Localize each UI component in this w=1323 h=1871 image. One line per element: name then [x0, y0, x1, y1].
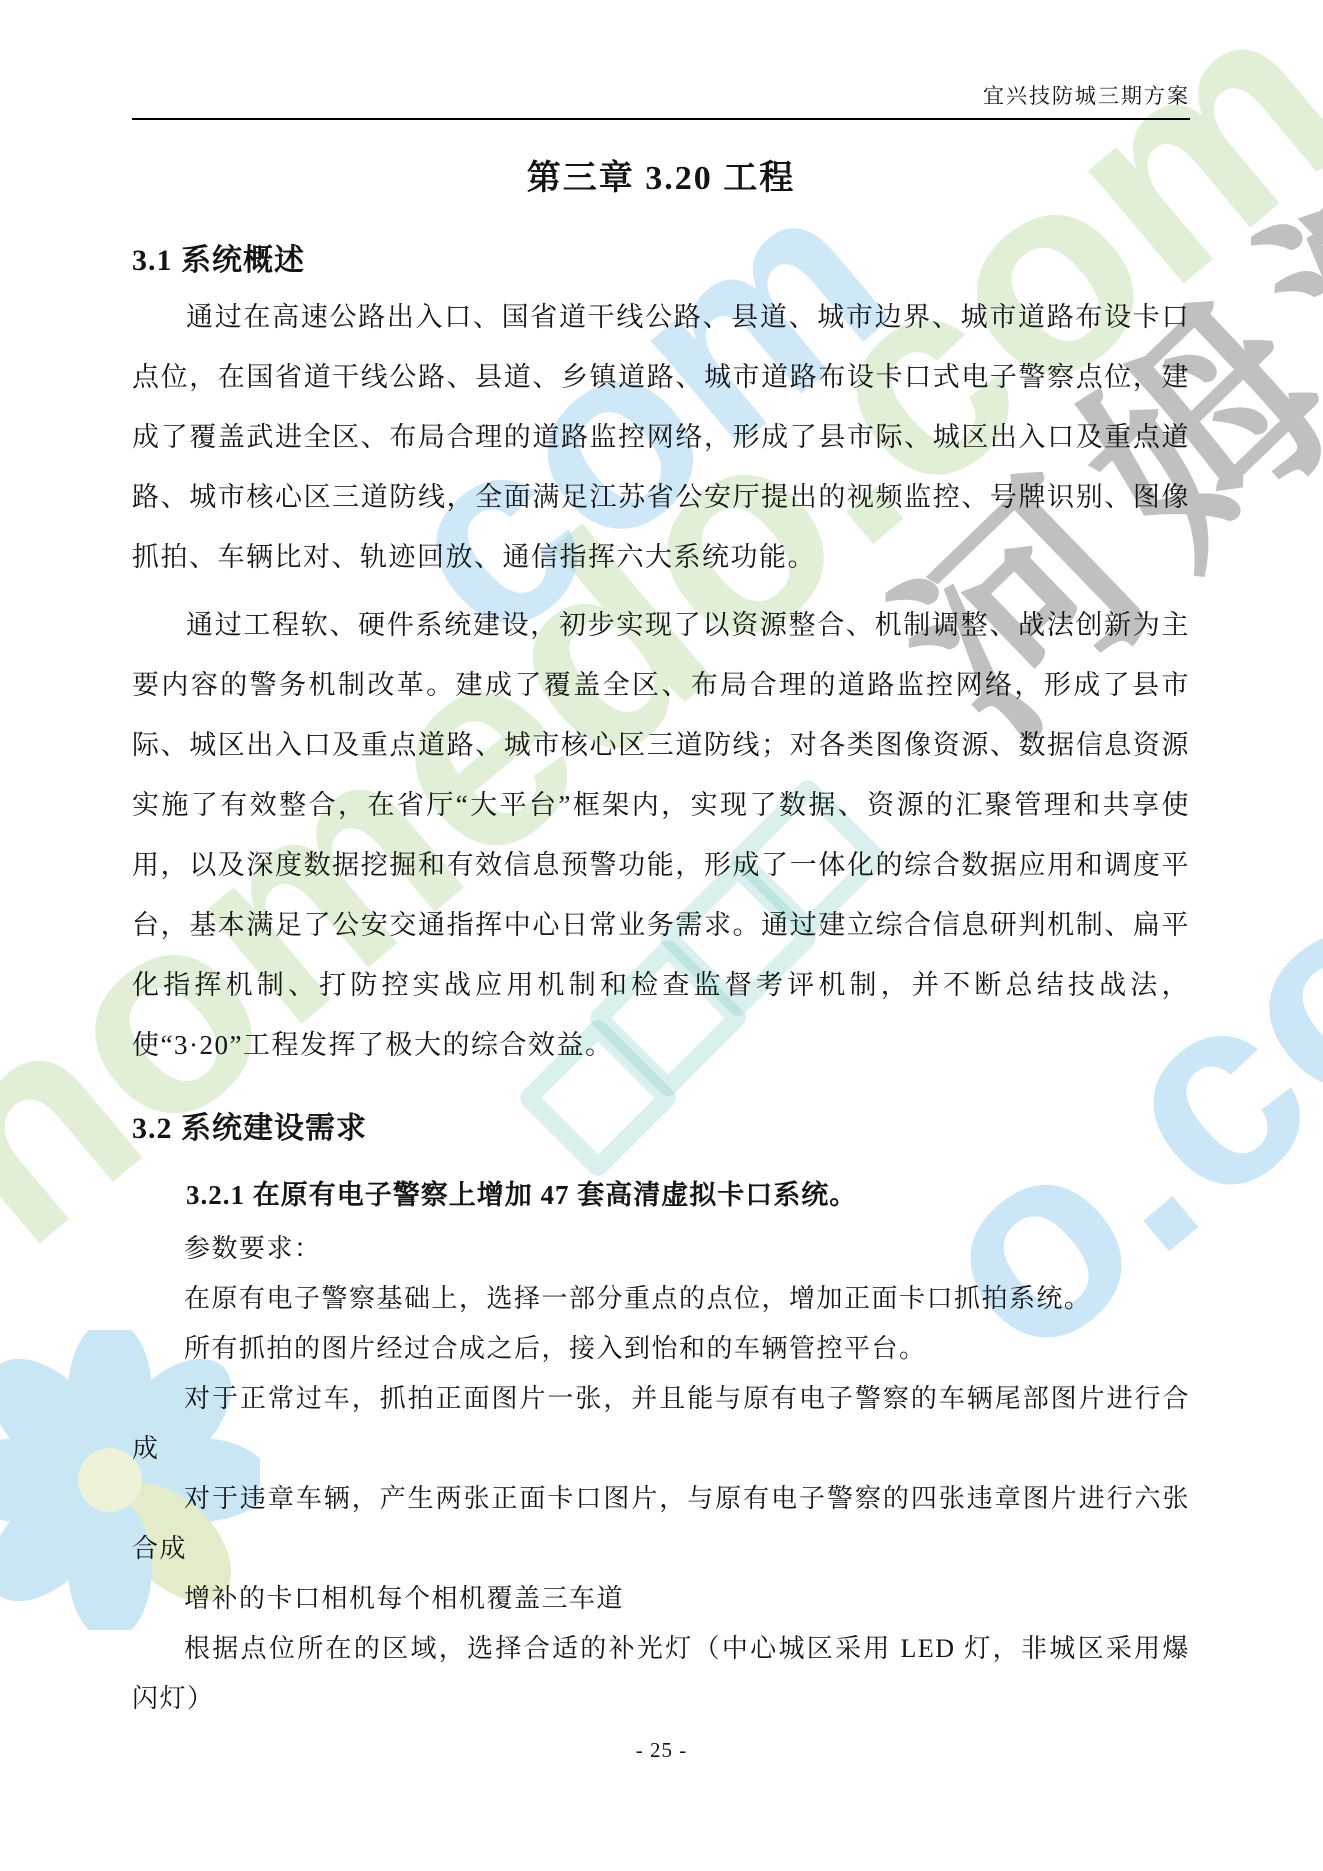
section-3-2-1-paragraph-2: 在原有电子警察基础上，选择一部分重点的点位，增加正面卡口抓拍系统。 [132, 1274, 1190, 1324]
section-3-1-heading: 3.1 系统概述 [132, 235, 1190, 279]
section-3-2-1-paragraph-3: 所有抓拍的图片经过合成之后，接入到怡和的车辆管控平台。 [132, 1324, 1190, 1374]
chapter-title: 第三章 3.20 工程 [132, 150, 1190, 199]
section-3-2-1-paragraph-4: 对于正常过车，抓拍正面图片一张，并且能与原有电子警察的车辆尾部图片进行合成 [132, 1374, 1190, 1474]
page-content: 宜兴技防城三期方案 第三章 3.20 工程 3.1 系统概述 通过在高速公路出入… [0, 0, 1323, 1724]
section-3-2-1-paragraph-7: 根据点位所在的区域，选择合适的补光灯（中心城区采用 LED 灯，非城区采用爆闪灯… [132, 1624, 1190, 1724]
header-title: 宜兴技防城三期方案 [983, 84, 1190, 108]
page-header: 宜兴技防城三期方案 [132, 80, 1190, 120]
section-3-2-1-paragraph-1: 参数要求： [132, 1224, 1190, 1274]
page-number: - 25 - [0, 1738, 1323, 1763]
section-3-2-1-heading: 3.2.1 在原有电子警察上增加 47 套高清虚拟卡口系统。 [186, 1173, 1190, 1212]
section-3-1-paragraph-2: 通过工程软、硬件系统建设，初步实现了以资源整合、机制调整、战法创新为主要内容的警… [132, 595, 1190, 1075]
section-3-2-heading: 3.2 系统建设需求 [132, 1103, 1190, 1147]
section-3-1-paragraph-1: 通过在高速公路出入口、国省道干线公路、县道、城市边界、城市道路布设卡口点位，在国… [132, 287, 1190, 587]
section-3-2-1-paragraph-5: 对于违章车辆，产生两张正面卡口图片，与原有电子警察的四张违章图片进行六张合成 [132, 1474, 1190, 1574]
document-page: homedo.com com o.com 河姆渡 宜兴技防城三期方案 第三章 3… [0, 0, 1323, 1871]
section-3-2-1-paragraph-6: 增补的卡口相机每个相机覆盖三车道 [132, 1574, 1190, 1624]
